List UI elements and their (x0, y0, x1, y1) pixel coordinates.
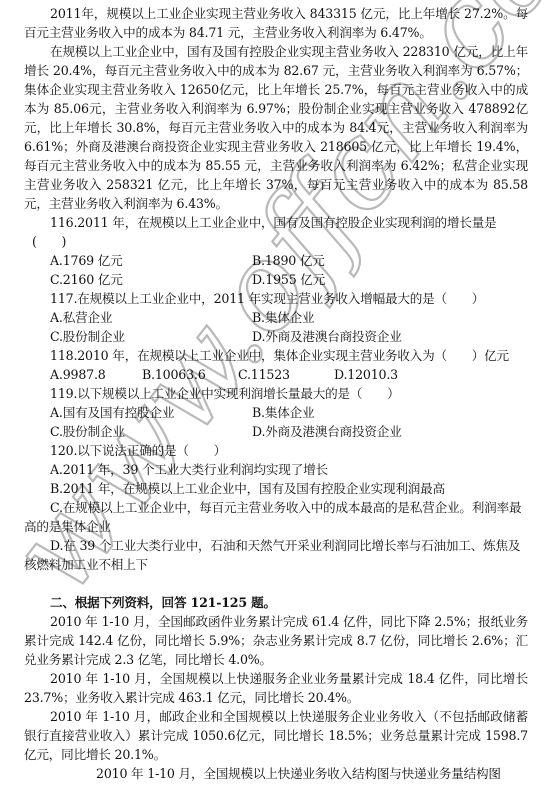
options: A.私营企业 B.集体企业 C.股份制企业 D.外商及港澳台商投资企业 (24, 308, 528, 346)
passage-paragraph-1: 2011年，规模以上工业企业实现主营业务收入 843315 亿元，比上年增长 2… (24, 4, 528, 42)
question-117: 117.在规模以上工业企业中，2011 年实现主营业务收入增幅最大的是（ ） A… (24, 289, 528, 346)
question-stem: 117.在规模以上工业企业中，2011 年实现主营业务收入增幅最大的是（ ） (24, 289, 528, 308)
option-a: A.9987.8 (50, 365, 142, 384)
question-stem: 120.以下说法正确的是（ ） (24, 441, 528, 460)
question-stem: 118.2010 年，在规模以上工业企业中，集体企业实现主营业务收入为（ ）亿元 (24, 346, 528, 365)
question-stem: 116.2011 年，在规模以上工业企业中，国有及国有控股企业实现利润的增长量是 (24, 213, 528, 232)
passage-paragraph-2: 在规模以上工业企业中，国有及国有控股企业实现主营业务收入 228310 亿元，比… (24, 42, 528, 213)
option-b: B.10063.6 (142, 365, 238, 384)
section2-paragraph-3: 2010 年 1-10 月，邮政企业和全国规模以上快递服务企业业务收入（不包括邮… (24, 707, 528, 764)
option-d: D.1955 亿元 (252, 270, 528, 289)
question-120: 120.以下说法正确的是（ ） A.2011 年，39 个工业大类行业利润均实现… (24, 441, 528, 574)
option-d: D.外商及港澳台商投资企业 (252, 327, 528, 346)
options: A.9987.8 B.10063.6 C.11523 D.12010.3 (24, 365, 528, 384)
section2-paragraph-1: 2010 年 1-10 月，全国邮政函件业务累计完成 61.4 亿件，同比下降 … (24, 612, 528, 669)
question-stem: 119.以下规模以上工业企业中实现利润增长量最大的是（ ） (24, 384, 528, 403)
option-a: A.私营企业 (50, 308, 252, 327)
option-a: A.1769 亿元 (50, 251, 252, 270)
option-c: C.在规模以上工业企业中，每百元主营业务收入中的成本最高的是私营企业。利润率最高… (24, 498, 528, 536)
option-a: A.2011 年，39 个工业大类行业利润均实现了增长 (24, 460, 528, 479)
question-119: 119.以下规模以上工业企业中实现利润增长量最大的是（ ） A.国有及国有控股企… (24, 384, 528, 441)
option-c: C.股份制企业 (50, 327, 252, 346)
options: A.国有及国有控股企业 B.集体企业 C.股份制企业 D.外商及港澳台商投资企业 (24, 403, 528, 441)
document-page: 2011年，规模以上工业企业实现主营业务收入 843315 亿元，比上年增长 2… (24, 4, 528, 783)
option-b: B.集体企业 (252, 403, 528, 422)
option-c: C.股份制企业 (50, 422, 252, 441)
option-d: D.外商及港澳台商投资企业 (252, 422, 528, 441)
option-c: C.2160 亿元 (50, 270, 252, 289)
option-d: D.在 39 个工业大类行业中，石油和天然气开采业利润同比增长率与石油加工、炼焦… (24, 536, 528, 574)
options: A.1769 亿元 B.1890 亿元 C.2160 亿元 D.1955 亿元 (24, 251, 528, 289)
question-118: 118.2010 年，在规模以上工业企业中，集体企业实现主营业务收入为（ ）亿元… (24, 346, 528, 384)
section2-paragraph-2: 2010 年 1-10 月，全国规模以上快递服务企业业务量累计完成 18.4 亿… (24, 669, 528, 707)
option-a: A.国有及国有控股企业 (50, 403, 252, 422)
option-b: B.集体企业 (252, 308, 528, 327)
option-c: C.11523 (238, 365, 334, 384)
figure-caption: 2010 年 1-10 月，全国规模以上快递业务收入结构图与快递业务量结构图 (24, 764, 528, 783)
answer-blank: ( ) (24, 232, 528, 251)
option-d: D.12010.3 (334, 365, 528, 384)
section-heading: 二、根据下列资料，回答 121-125 题。 (24, 593, 528, 612)
question-116: 116.2011 年，在规模以上工业企业中，国有及国有控股企业实现利润的增长量是… (24, 213, 528, 289)
option-b: B.1890 亿元 (252, 251, 528, 270)
option-b: B.2011 年，在规模以上工业企业中，国有及国有控股企业实现利润最高 (24, 479, 528, 498)
